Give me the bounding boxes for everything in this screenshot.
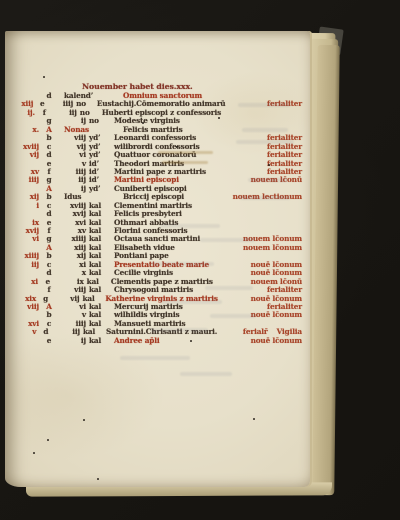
lection-note-text: nouē lc̄onum (251, 336, 302, 345)
calendar-row: icxviijkalClementini martiris (5, 201, 302, 209)
bleedthrough-text-ghost (240, 196, 290, 200)
calendar-row: xvfiiijid’Martini pape z martirisferiali… (5, 167, 302, 175)
bleedthrough-text-ghost (210, 314, 256, 318)
feast-name: Andree ap̄li (114, 336, 210, 345)
bleedthrough-text-ghost (150, 328, 208, 332)
calendar-row: AxiijkalElisabeth viduenouem lc̄onum (5, 243, 302, 251)
calendar-row: eijkalAndree ap̄linouē lc̄onum (5, 336, 302, 344)
calendar-row: vijdviyd’Quattuor coronatorūferialiter (5, 150, 302, 158)
golden-number: vi (5, 234, 43, 243)
calendar-row: xvijfxvkalFlorini confessoris (5, 226, 302, 234)
calendar-row: ixexvikalOthmari abbatis (5, 218, 302, 226)
calendar-month-heading: Nouember habet dies.xxx. (82, 82, 193, 91)
calendar-row: evid’Theodori martirisferialiter (5, 159, 302, 167)
photo-background: Nouember habet dies.xxx. dkalend’Omnium … (0, 0, 400, 520)
calendar-row: vigxiiijkalOctaua sancti martininouem lc… (5, 234, 302, 242)
dominical-letter: e (43, 336, 55, 345)
calendar-row: xiiijbxijkalPontiani pape (5, 251, 302, 259)
calendar-row: dxvijkalFelicis presbyteri (5, 209, 302, 217)
bleedthrough-text-ghost (238, 103, 290, 107)
ink-speck (83, 419, 85, 421)
calendar-row: xieixkalClementis pape z martirisnouem l… (5, 277, 302, 285)
calendar-row: fviijkalChrysogoni martirisferialiter (5, 285, 302, 293)
golden-number: ij. (5, 108, 39, 117)
page-surface: Nouember habet dies.xxx. dkalend’Omnium … (5, 31, 310, 487)
day-unit: kal (86, 336, 114, 345)
bleedthrough-text-ghost (180, 372, 232, 376)
ink-speck (43, 76, 45, 78)
golden-number: iiij (5, 175, 43, 184)
faded-marginal-annotation (162, 161, 208, 164)
calendar-row: dxkalCecilie virginisnouē lc̄onum (5, 268, 302, 276)
ink-speck (97, 478, 99, 480)
golden-number: i (5, 201, 43, 210)
golden-number: iij (5, 260, 43, 269)
bleedthrough-text-ghost (205, 286, 253, 290)
roman-day-numeral: ij (55, 336, 86, 345)
ink-speck (253, 418, 255, 420)
bleedthrough-text-ghost (248, 178, 288, 182)
calendar-row: dkalend’Omnium sanctorum (5, 91, 302, 99)
bleedthrough-text-ghost (236, 140, 294, 144)
bleedthrough-text-ghost (200, 238, 255, 242)
calendar-row: bvkalwilhildis virginisnouē lc̄onum (5, 310, 302, 318)
calendar-row: Aijyd’Cuniberti episcopi (5, 184, 302, 192)
calendar-row: gijnoModeste virginis (5, 116, 302, 124)
lection-note-text: nouem lc̄onum (243, 243, 302, 252)
golden-number: x. (5, 125, 43, 134)
ink-speck (33, 452, 35, 454)
faded-marginal-annotation (158, 151, 213, 154)
golden-number: v (5, 327, 40, 336)
bleedthrough-text-ghost (120, 356, 190, 360)
bleedthrough-text-ghost (160, 300, 222, 304)
ink-speck (47, 439, 49, 441)
calendar-row: xixgvijkalKatherine virginis z martirisn… (5, 294, 302, 302)
lection-note: nouem lc̄onum (210, 243, 302, 252)
golden-number: viij (5, 302, 43, 311)
bleedthrough-text-ghost (150, 262, 214, 266)
bleedthrough-text-ghost (160, 224, 220, 228)
lection-note: nouē lc̄onum (210, 336, 302, 345)
calendar-row: ij.fiijnoHuberti episcopi z confessoris (5, 108, 302, 116)
page-edge-stack (312, 45, 339, 494)
golden-number: xi (5, 277, 42, 286)
calendar-row: xviciiijkalMansueti martiris (5, 319, 302, 327)
bleedthrough-text-ghost (242, 128, 288, 132)
manuscript-page: Nouember habet dies.xxx. dkalend’Omnium … (5, 31, 310, 487)
lection-note-text: nouē lc̄onum (251, 310, 302, 319)
golden-number: vij (5, 150, 43, 159)
calendar-row: viijAvikalMercurij martirisferialiter (5, 302, 302, 310)
